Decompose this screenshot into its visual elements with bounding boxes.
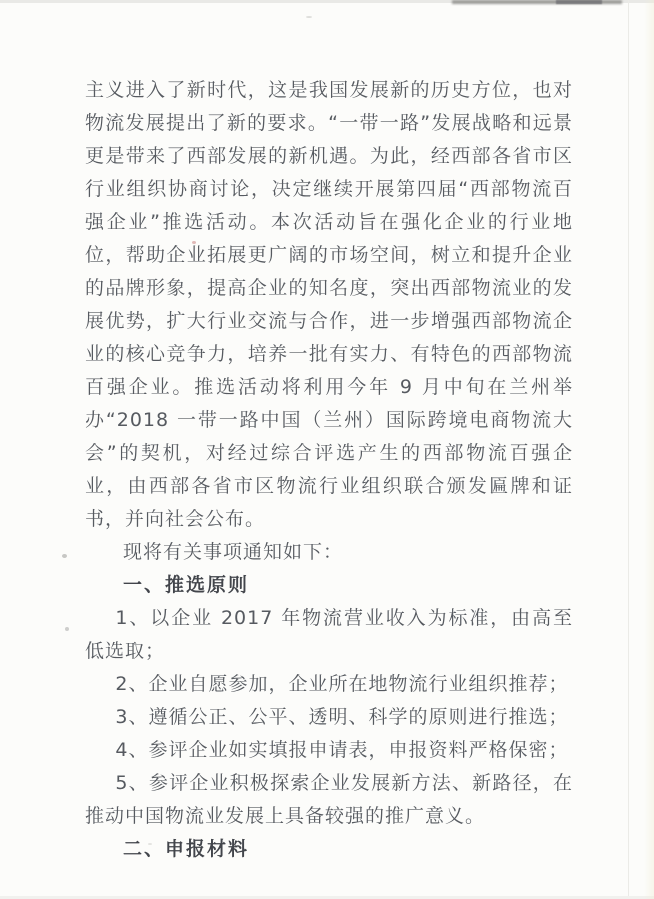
document-body: 主义进入了新时代，这是我国发展新的历史方位，也对物流发展提出了新的要求。“一带一… xyxy=(85,74,573,866)
scan-artifact-right-edge-tint xyxy=(644,0,654,899)
numbered-item-1: 1、以企业 2017 年物流营业收入为标准，由高至低选取； xyxy=(85,602,573,668)
scan-artifact-vertical-line xyxy=(628,0,629,899)
scan-speck xyxy=(62,554,67,558)
scanned-document-page: 主义进入了新时代，这是我国发展新的历史方位，也对物流发展提出了新的要求。“一带一… xyxy=(0,0,654,899)
section-heading-materials: 二、申报材料 xyxy=(85,833,573,866)
scan-speck xyxy=(306,16,312,18)
scan-artifact-top-streak-dark xyxy=(556,0,602,4)
numbered-item-3: 3、遵循公正、公平、透明、科学的原则进行推选； xyxy=(85,701,573,734)
numbered-item-2: 2、企业自愿参加，企业所在地物流行业组织推荐； xyxy=(85,668,573,701)
paragraph-continuation: 主义进入了新时代，这是我国发展新的历史方位，也对物流发展提出了新的要求。“一带一… xyxy=(85,74,573,536)
paragraph-notice-intro: 现将有关事项通知如下： xyxy=(85,536,573,569)
numbered-item-4: 4、参评企业如实填报申请表，申报资料严格保密； xyxy=(85,734,573,767)
numbered-item-5: 5、参评企业积极探索企业发展新方法、新路径，在推动中国物流业发展上具备较强的推广… xyxy=(85,767,573,833)
section-heading-principles: 一、推选原则 xyxy=(85,569,573,602)
scan-speck xyxy=(65,627,69,631)
